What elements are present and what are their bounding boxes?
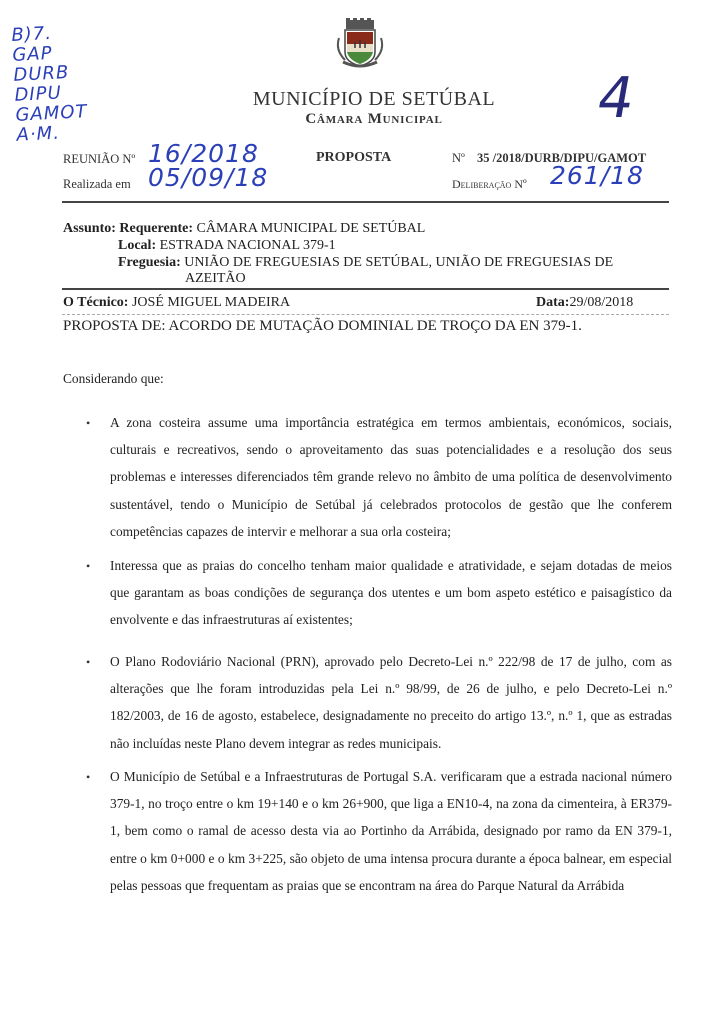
requerente-value: CÂMARA MUNICIPAL DE SETÚBAL xyxy=(197,221,426,236)
technician-date: Data:29/08/2018 xyxy=(536,294,633,311)
paragraph-4: O Município de Setúbal e a Infraestrutur… xyxy=(110,763,672,899)
proposal-title-text: ACORDO DE MUTAÇÃO DOMINIAL DE TROÇO DA E… xyxy=(169,318,582,334)
bullet-icon: • xyxy=(86,770,90,785)
proposal-label: PROPOSTA DE: xyxy=(63,318,166,334)
council-subtitle: Câmara Municipal xyxy=(0,111,724,128)
subject-local: Local: ESTRADA NACIONAL 379-1 xyxy=(118,237,336,254)
deliberacao-value: 261/18 xyxy=(550,161,644,190)
intro-text: Considerando que: xyxy=(63,365,164,392)
subject-requerente: Assunto: Requerente: CÂMARA MUNICIPAL DE… xyxy=(63,220,425,237)
coat-of-arms-icon xyxy=(333,18,387,70)
bullet-icon: • xyxy=(86,655,90,670)
subject-freguesia: Freguesia: UNIÃO DE FREGUESIAS DE SETÚBA… xyxy=(118,254,613,271)
bullet-icon: • xyxy=(86,416,90,431)
realizada-label: Realizada em xyxy=(63,177,131,192)
local-value: ESTRADA NACIONAL 379-1 xyxy=(160,238,336,253)
freguesia-label: Freguesia: xyxy=(118,255,181,270)
local-label: Local: xyxy=(118,238,156,253)
subject-divider xyxy=(62,288,669,290)
proposal-title: PROPOSTA DE: ACORDO DE MUTAÇÃO DOMINIAL … xyxy=(63,318,582,335)
assunto-label: Assunto: xyxy=(63,221,116,236)
paragraph-1: A zona costeira assume uma importância e… xyxy=(110,409,672,545)
municipality-title: MUNICÍPIO DE SETÚBAL xyxy=(0,88,724,111)
technician-label: O Técnico: xyxy=(63,295,128,310)
paragraph-3: O Plano Rodoviário Nacional (PRN), aprov… xyxy=(110,648,672,757)
technician-divider xyxy=(62,314,669,315)
realizada-value: 05/09/18 xyxy=(148,163,268,192)
paragraph-2: Interessa que as praias do concelho tenh… xyxy=(110,552,672,634)
freguesia-value: UNIÃO DE FREGUESIAS DE SETÚBAL, UNIÃO DE… xyxy=(184,255,613,270)
technician: O Técnico: JOSÉ MIGUEL MADEIRA xyxy=(63,294,290,311)
technician-name: JOSÉ MIGUEL MADEIRA xyxy=(132,295,290,310)
freguesia-value-continued: AZEITÃO xyxy=(185,270,246,287)
requerente-label: Requerente: xyxy=(119,221,193,236)
proposta-label: PROPOSTA xyxy=(316,150,391,166)
date-label: Data: xyxy=(536,295,569,310)
header-divider xyxy=(62,201,669,203)
reuniao-label: REUNIÃO Nº xyxy=(63,152,135,167)
numero-label: Nº xyxy=(452,151,465,166)
deliberacao-label: Deliberação Nº xyxy=(452,177,527,192)
date-value: 29/08/2018 xyxy=(569,295,633,310)
bullet-icon: • xyxy=(86,559,90,574)
